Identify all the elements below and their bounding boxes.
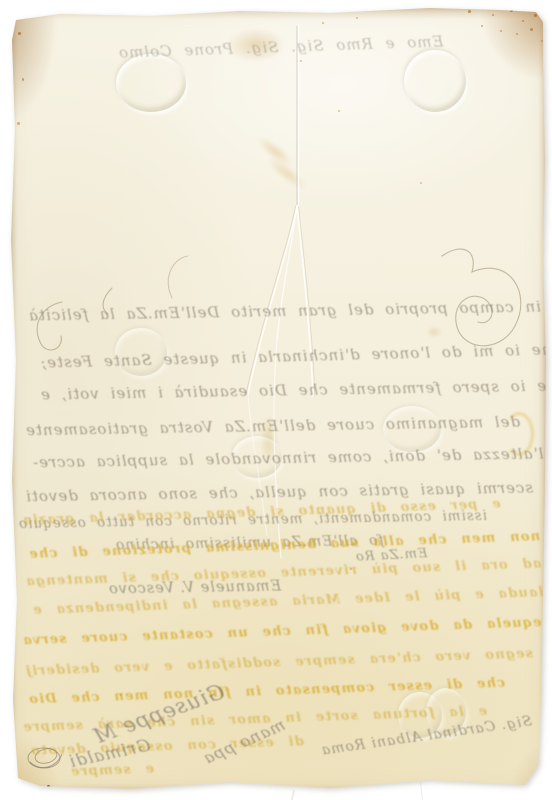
- letter-sheet-wrap: Emo e Rmo Sig. Sig. Prone Colmo in campo…: [10, 6, 547, 792]
- foxing-speck: [481, 25, 483, 27]
- foxing-speck: [47, 785, 50, 788]
- bottom-right-corner-stain: [511, 746, 551, 796]
- letter-sheet: Emo e Rmo Sig. Sig. Prone Colmo in campo…: [10, 6, 547, 792]
- foxing-speck: [338, 110, 340, 112]
- tan-smudge: [253, 132, 297, 171]
- foxing-speck: [300, 60, 302, 62]
- bleed-line: ombra segno vero ch'era sempre soddisfat…: [25, 644, 552, 679]
- foxing-speck: [420, 182, 422, 184]
- embossed-seal-left: [116, 54, 186, 112]
- foxing-speck: [18, 32, 21, 35]
- foxing-speck: [492, 14, 494, 16]
- foxing-speck: [17, 122, 20, 125]
- scan-canvas: { "colors": { "background": "#ffffff", "…: [0, 0, 552, 800]
- top-edge-stain: [10, 6, 547, 19]
- embossed-seal-right: [404, 50, 466, 112]
- right-edge-stain: [539, 6, 547, 792]
- ghost-line: che io spero fermamente che Dio esaudirà…: [40, 376, 552, 403]
- ghost-line: l'altezza de' doni, come rinnovandole la…: [32, 445, 544, 472]
- top-left-corner-stain: [6, 2, 58, 122]
- bleed-line: sequela da dove giova fin che un costant…: [22, 615, 550, 648]
- foxing-speck: [530, 28, 533, 31]
- foxing-speck: [356, 17, 358, 19]
- foxing-speck: [22, 78, 24, 81]
- foxing-speck: [534, 14, 537, 17]
- tan-smudge: [426, 326, 442, 338]
- foxing-speck: [541, 40, 543, 42]
- ghost-line: in campo proprio del gran merito Dell'Em…: [28, 298, 541, 325]
- tan-smudge: [263, 152, 312, 195]
- foxing-speck: [322, 22, 324, 24]
- foxing-speck: [510, 9, 513, 12]
- bottom-edge-stain: [10, 784, 547, 792]
- foxing-speck: [522, 20, 524, 22]
- foxing-speck: [468, 10, 471, 13]
- docket-line: Emo e Rmo Sig. Sig. Prone Colmo: [118, 32, 444, 61]
- left-edge-stain: [10, 6, 17, 792]
- foxing-speck: [500, 30, 502, 32]
- foxing-speck: [66, 789, 68, 791]
- ghost-line: del magnanimo cuore dell'Em.Za Vostra gr…: [25, 413, 520, 440]
- foxing-speck: [516, 33, 518, 35]
